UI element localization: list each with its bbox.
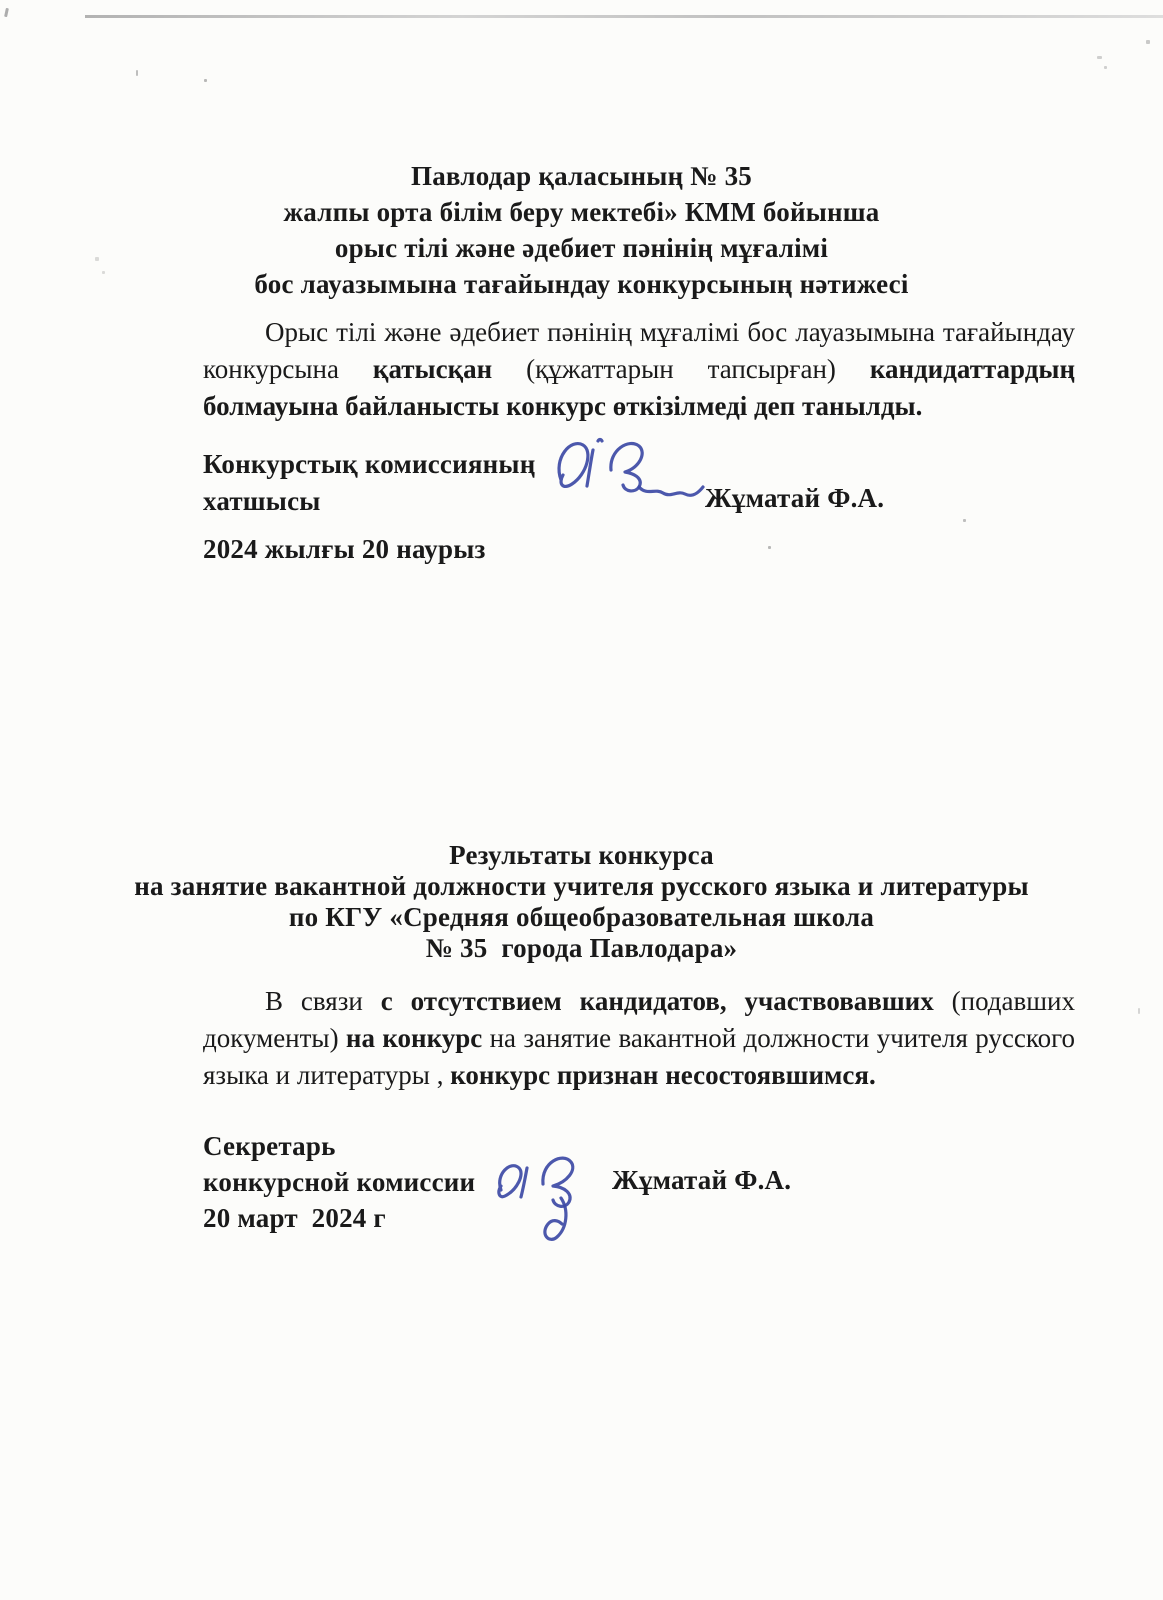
- title-ru-line-2: на занятие вакантной должности учителя р…: [0, 871, 1163, 902]
- text-segment: В связи: [265, 986, 363, 1016]
- scan-speck: [1104, 66, 1107, 69]
- paragraph-ru-line-1: В связи с отсутствием кандидатов, участв…: [203, 983, 1075, 1020]
- scan-artifact-line: [85, 15, 1163, 18]
- scan-speck: [1097, 56, 1102, 59]
- title-ru-line-3: по КГУ «Средняя общеобразовательная школ…: [0, 902, 1163, 933]
- scan-speck: [1146, 40, 1150, 44]
- paragraph-kz-line-2: конкурсына қатысқан (құжаттарын тапсырға…: [203, 351, 1075, 388]
- text-segment-bold: с отсутствием кандидатов, участвовавших: [381, 986, 934, 1016]
- scan-speck: [768, 546, 771, 549]
- text-segment-bold: кандидаттардың: [870, 354, 1075, 384]
- scan-speck: [204, 79, 207, 82]
- text-segment: (құжаттарын тапсырған): [526, 354, 836, 384]
- ru-document-date: 20 март 2024 г: [203, 1203, 386, 1233]
- text-segment: документы): [203, 1023, 339, 1053]
- ru-signer-role-line-1: Секретарь: [203, 1131, 336, 1161]
- kz-signer-role-line-1: Конкурстық комиссияның: [203, 449, 535, 479]
- paragraph-ru: В связи с отсутствием кандидатов, участв…: [203, 983, 1075, 1094]
- document-title-kz: Павлодар қаласының № 35 жалпы орта білім…: [0, 158, 1163, 302]
- text-segment: конкурсына: [203, 354, 339, 384]
- scan-speck: [136, 70, 138, 76]
- text-segment: Орыс тілі және әдебиет пәнінің мұғалімі …: [265, 317, 1075, 347]
- document-page: Павлодар қаласының № 35 жалпы орта білім…: [0, 0, 1163, 1600]
- text-segment-bold: болмауына байланысты конкурс өткізілмеді…: [203, 391, 922, 421]
- title-ru-line-1: Результаты конкурса: [0, 840, 1163, 871]
- text-segment-bold: конкурс признан несостоявшимся.: [450, 1060, 876, 1090]
- scan-speck: [1138, 1008, 1140, 1014]
- title-ru-line-4: № 35 города Павлодара»: [0, 933, 1163, 964]
- paragraph-kz-line-1: Орыс тілі және әдебиет пәнінің мұғалімі …: [203, 314, 1075, 351]
- paragraph-kz-line-3: болмауына байланысты конкурс өткізілмеді…: [203, 388, 1075, 425]
- document-title-ru: Результаты конкурса на занятие вакантной…: [0, 840, 1163, 964]
- kz-signer-name: Жұматай Ф.А.: [705, 483, 884, 513]
- paragraph-ru-line-3: языка и литературы , конкурс признан нес…: [203, 1057, 1075, 1094]
- title-kz-line-1: Павлодар қаласының № 35: [0, 158, 1163, 194]
- text-segment-bold: на конкурс: [346, 1023, 482, 1053]
- text-segment: (подавших: [952, 986, 1075, 1016]
- ru-signer-name: Жұматай Ф.А.: [612, 1165, 791, 1195]
- text-segment: языка и литературы ,: [203, 1060, 443, 1090]
- text-segment-bold: қатысқан: [373, 354, 492, 384]
- scan-speck: [963, 519, 966, 522]
- title-kz-line-4: бос лауазымына тағайындау конкурсының нә…: [0, 266, 1163, 302]
- scan-speck: [4, 8, 9, 17]
- text-segment: на занятие вакантной должности учителя р…: [490, 1023, 1075, 1053]
- handwritten-signature-ru: [487, 1136, 602, 1254]
- paragraph-kz: Орыс тілі және әдебиет пәнінің мұғалімі …: [203, 314, 1075, 425]
- ru-signer-role-line-2: конкурсной комиссии: [203, 1167, 475, 1197]
- title-kz-line-2: жалпы орта білім беру мектебі» КММ бойын…: [0, 194, 1163, 230]
- kz-signer-role-line-2: хатшысы: [203, 486, 321, 516]
- kz-document-date: 2024 жылғы 20 наурыз: [203, 534, 486, 564]
- title-kz-line-3: орыс тілі және әдебиет пәнінің мұғалімі: [0, 230, 1163, 266]
- paragraph-ru-line-2: документы) на конкурс на занятие вакантн…: [203, 1020, 1075, 1057]
- handwritten-signature-kz: [545, 430, 705, 510]
